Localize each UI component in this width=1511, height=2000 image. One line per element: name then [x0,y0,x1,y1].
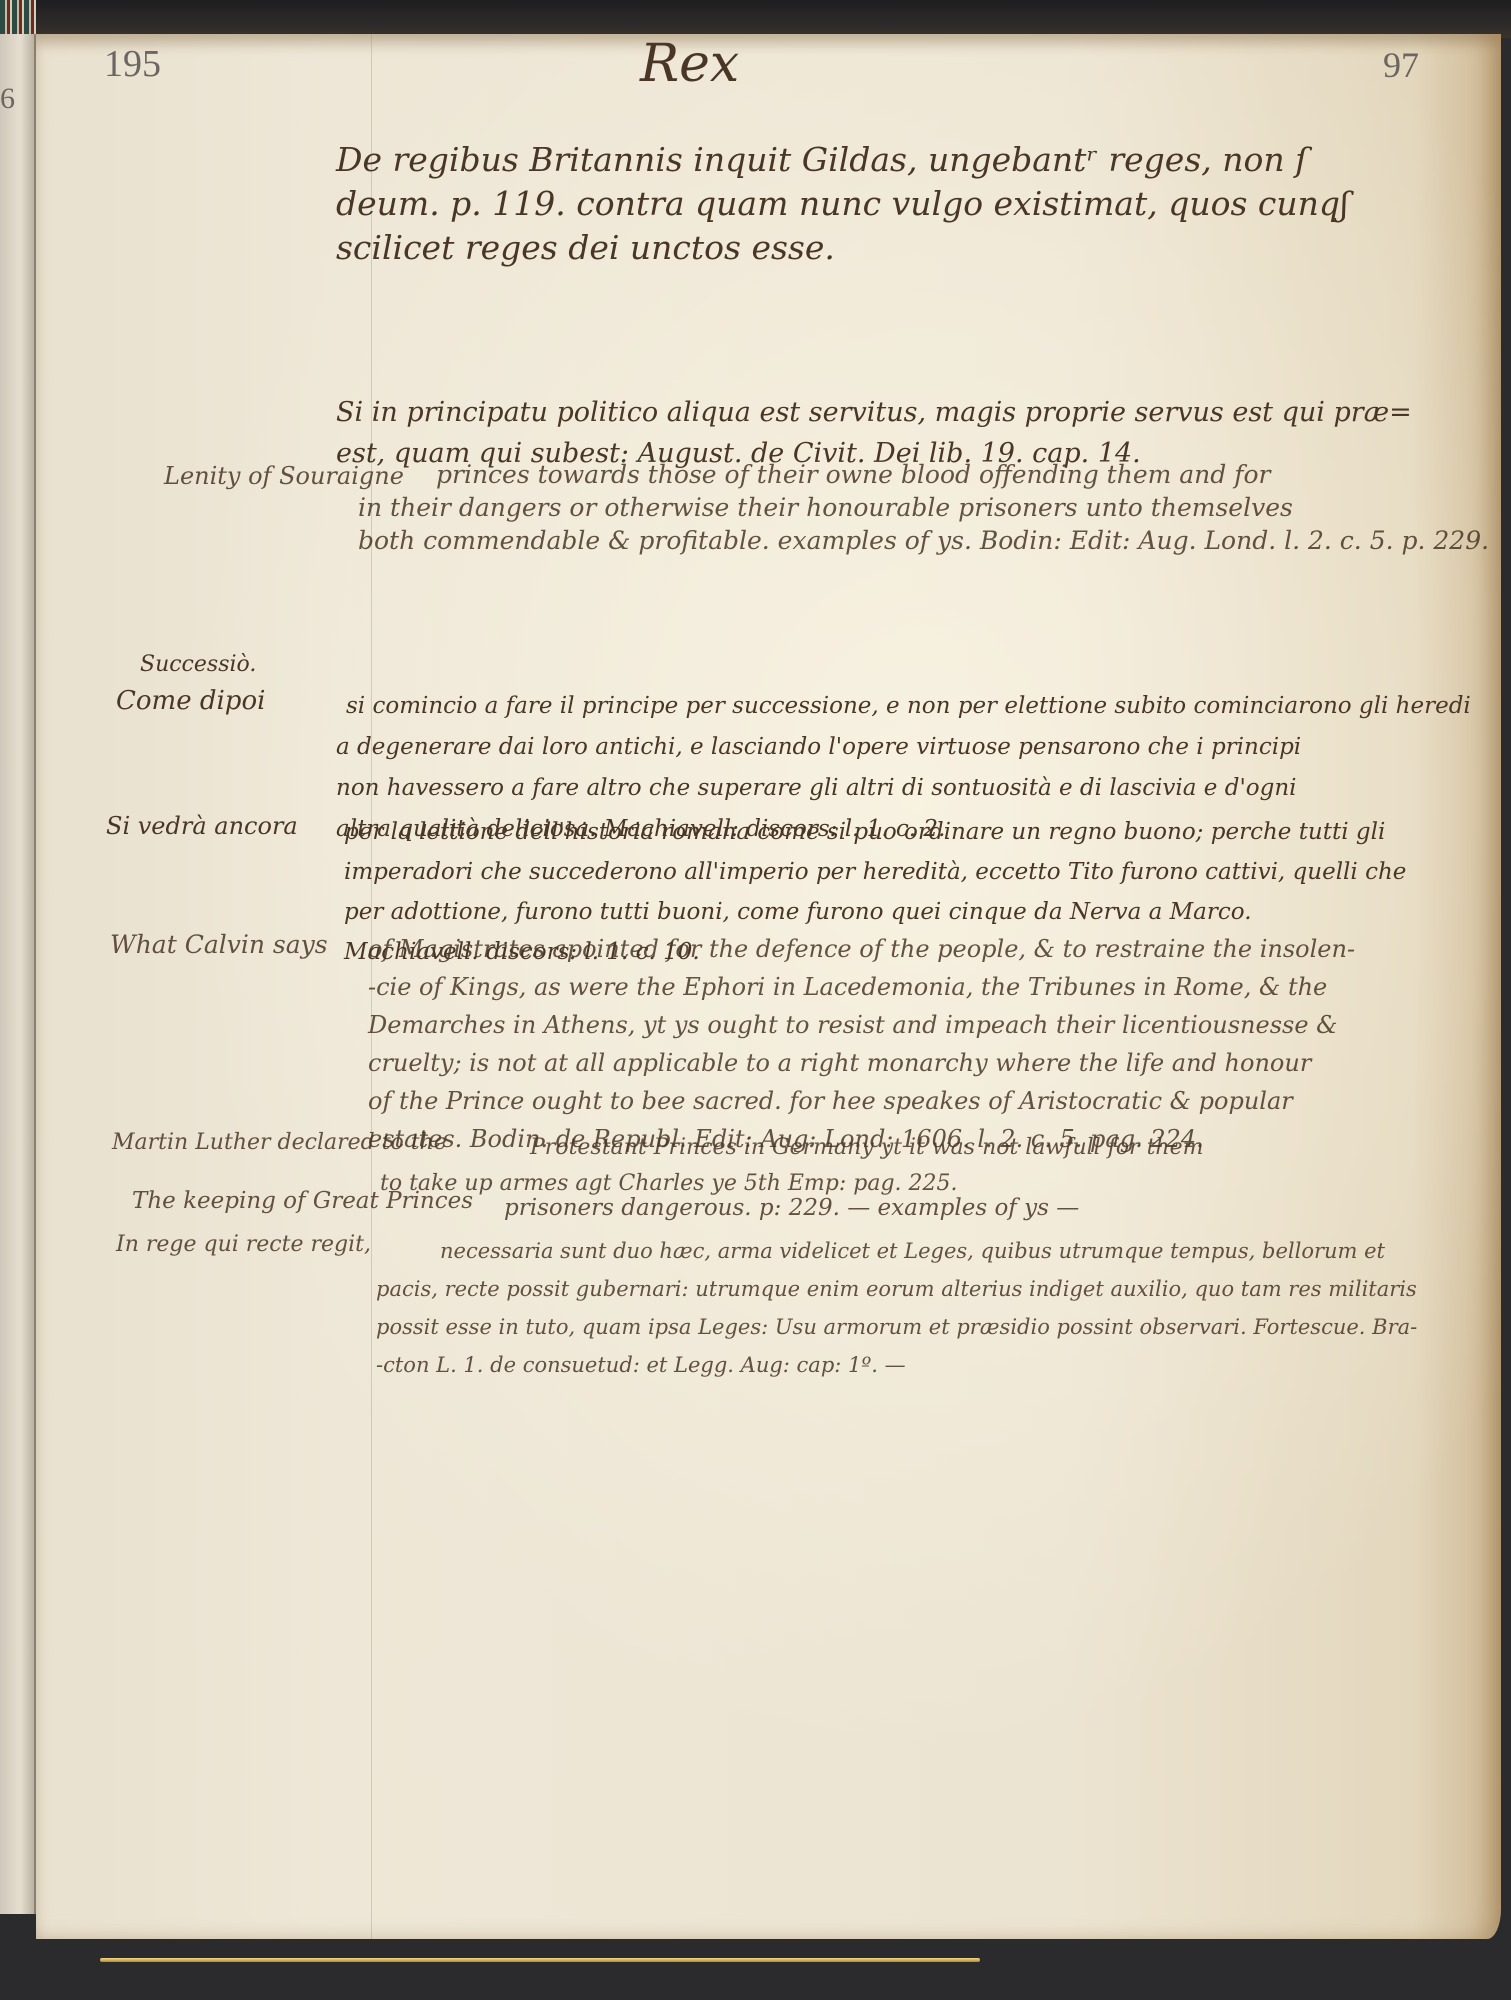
folio-edge-number: 6 [0,82,15,116]
entry-line: Si in principatu politico aliqua est ser… [336,392,1412,433]
entry-line: princes towards those of their owne bloo… [436,458,1489,491]
entry-line: a degenerare dai loro antichi, e lascian… [336,727,1471,768]
folio-number-left: 195 [104,42,161,86]
margin-label-in-rege: In rege qui recte regit, [116,1232,371,1257]
margin-label-keeping: The keeping of Great Princes [132,1188,473,1214]
entry-calvin: of Magistrates apointed for the defence … [368,930,1355,1158]
entry-line: of the Prince ought to bee sacred. for h… [368,1082,1355,1120]
margin-label-calvin: What Calvin says [110,930,328,959]
entry-keeping: prisoners dangerous. p: 229. — examples … [504,1188,1079,1229]
book-binding-top [0,0,1511,38]
margin-label-si-vedra: Si vedrà ancora [106,812,298,840]
entry-line: -cie of Kings, as were the Ephori in Lac… [368,968,1355,1006]
entry-line: si comincio a fare il principe per succe… [346,686,1471,727]
margin-label-successio: Successiò. [140,652,256,677]
entry-line: per la lettione dell'historia romana com… [344,812,1406,852]
entry-line: De regibus Britannis inquit Gildas, unge… [336,138,1349,182]
margin-label-luther: Martin Luther declared to the [112,1130,447,1155]
entry-line: imperadori che succederono all'imperio p… [344,852,1406,892]
entry-line: per adottione, furono tutti buoni, come … [344,892,1406,932]
folio-number-right: 97 [1383,44,1419,86]
margin-label-come-dipoi: Come dipoi [116,686,265,716]
entry-gildas: De regibus Britannis inquit Gildas, unge… [336,138,1349,270]
entry-line: Demarches in Athens, yt ys ought to resi… [368,1006,1355,1044]
margin-label-lenity: Lenity of Souraigne [164,462,404,490]
entry-in-rege: necessaria sunt duo hæc, arma videlicet … [440,1232,1417,1384]
entry-line: -cton L. 1. de consuetud: et Legg. Aug: … [376,1346,1417,1384]
entry-lenity: princes towards those of their owne bloo… [436,458,1489,557]
entry-line: deum. p. 119. contra quam nunc vulgo exi… [336,182,1349,226]
facing-page-edge [0,34,36,1914]
entry-line: Protestant Princes in Germany yt it was … [530,1130,1203,1166]
entry-line: prisoners dangerous. p: 229. — examples … [504,1188,1079,1229]
entry-line: pacis, recte possit gubernari: utrumque … [376,1270,1417,1308]
entry-line: scilicet reges dei unctos esse. [336,226,1349,270]
gilt-edge-line [100,1958,980,1962]
entry-line: of Magistrates apointed for the defence … [368,930,1355,968]
entry-line: necessaria sunt duo hæc, arma videlicet … [440,1232,1417,1270]
entry-line: cruelty; is not at all applicable to a r… [368,1044,1355,1082]
entry-line: non havessero a fare altro che superare … [336,768,1471,809]
entry-line: in their dangers or otherwise their hono… [358,491,1489,524]
entry-line: both commendable & profitable. examples … [358,524,1489,557]
entry-line: possit esse in tuto, quam ipsa Leges: Us… [376,1308,1417,1346]
page-heading: Rex [640,34,739,94]
